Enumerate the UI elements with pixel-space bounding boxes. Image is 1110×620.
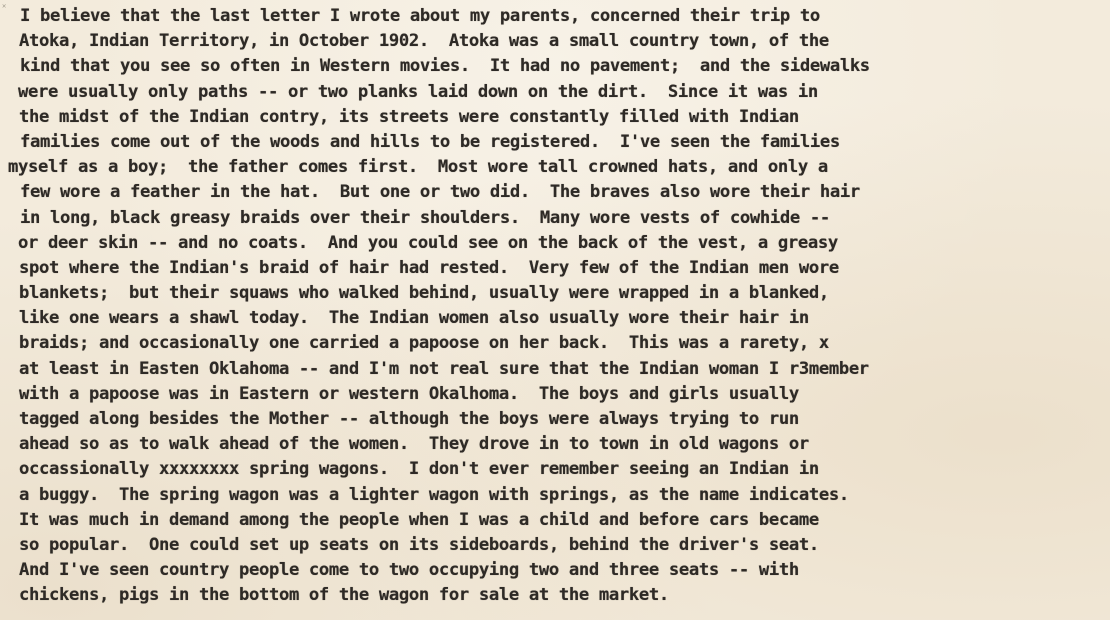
text-line: the midst of the Indian contry, its stre… bbox=[19, 105, 1110, 130]
text-line: chickens, pigs in the bottom of the wago… bbox=[19, 583, 1110, 608]
text-line: few wore a feather in the hat. But one o… bbox=[20, 180, 1110, 205]
text-line: a buggy. The spring wagon was a lighter … bbox=[19, 483, 1110, 508]
text-line: were usually only paths -- or two planks… bbox=[18, 80, 1110, 105]
text-line: with a papoose was in Eastern or western… bbox=[19, 382, 1110, 407]
text-line: It was much in demand among the people w… bbox=[19, 508, 1110, 533]
text-line: spot where the Indian's braid of hair ha… bbox=[19, 256, 1110, 281]
text-line: so popular. One could set up seats on it… bbox=[19, 533, 1110, 558]
text-line: or deer skin -- and no coats. And you co… bbox=[18, 231, 1110, 256]
typewritten-page: ✕ I believe that the last letter I wrote… bbox=[0, 0, 1110, 620]
text-line: myself as a boy; the father comes first.… bbox=[8, 155, 1110, 180]
text-line: I believe that the last letter I wrote a… bbox=[20, 4, 1110, 29]
text-line: in long, black greasy braids over their … bbox=[20, 206, 1110, 231]
text-line: occassionally xxxxxxxx spring wagons. I … bbox=[19, 457, 1110, 482]
text-line: Atoka, Indian Territory, in October 1902… bbox=[19, 29, 1110, 54]
text-line: blankets; but their squaws who walked be… bbox=[19, 281, 1110, 306]
text-line: at least in Easten Oklahoma -- and I'm n… bbox=[19, 357, 1110, 382]
text-line: And I've seen country people come to two… bbox=[19, 558, 1110, 583]
text-line: ahead so as to walk ahead of the women. … bbox=[19, 432, 1110, 457]
text-line: like one wears a shawl today. The Indian… bbox=[19, 306, 1110, 331]
letter-body: I believe that the last letter I wrote a… bbox=[0, 4, 1110, 609]
text-line: kind that you see so often in Western mo… bbox=[20, 54, 1110, 79]
text-line: tagged along besides the Mother -- altho… bbox=[19, 407, 1110, 432]
text-line: families come out of the woods and hills… bbox=[20, 130, 1110, 155]
text-line: braids; and occasionally one carried a p… bbox=[19, 331, 1110, 356]
